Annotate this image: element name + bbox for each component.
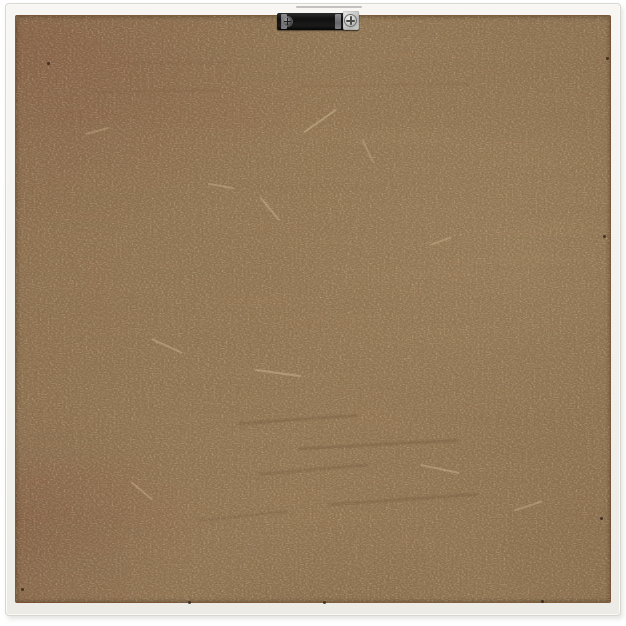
hardboard-texture xyxy=(16,16,610,602)
frame-back-photo xyxy=(0,0,626,626)
hanger-edge-shadow xyxy=(296,6,362,8)
sawtooth-hanger xyxy=(277,11,359,33)
right-screw-plate xyxy=(343,11,359,30)
frame-back-panel xyxy=(5,3,621,616)
hanger-right-tab xyxy=(335,14,341,29)
left-screw-icon xyxy=(283,17,292,26)
hardboard-backing xyxy=(15,15,611,603)
right-screw-icon xyxy=(345,15,356,26)
